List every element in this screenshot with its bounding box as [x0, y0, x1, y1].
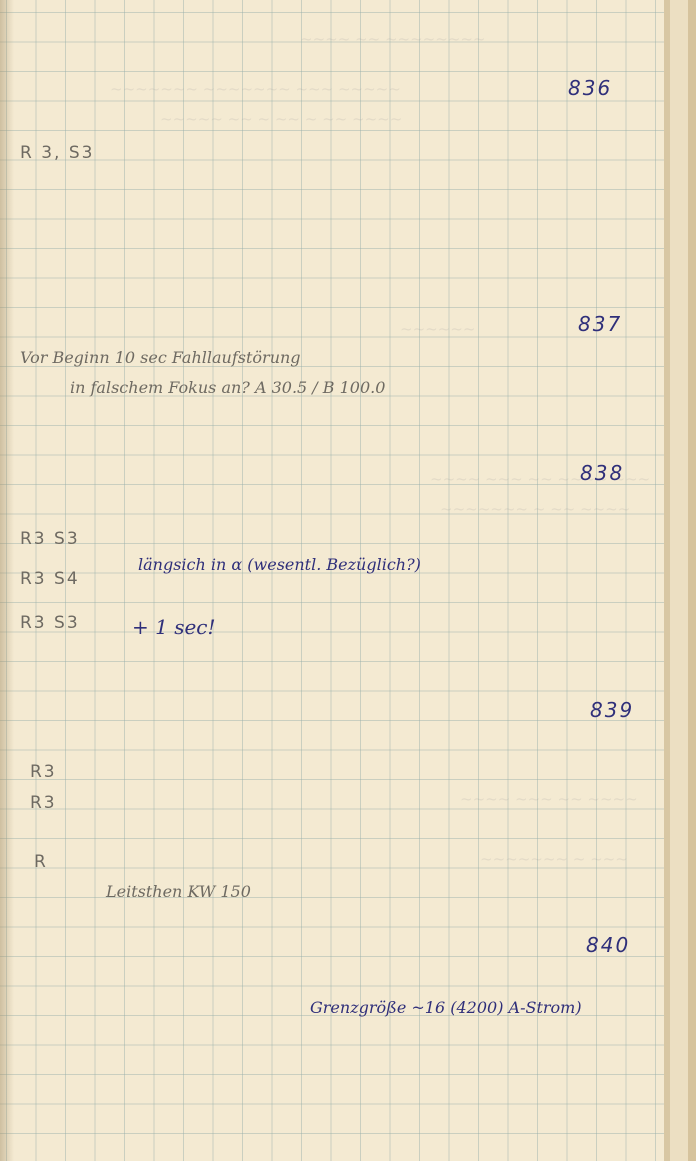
bleed-through-text: ~~~~ ~~~ ~~ ~~~~ — [460, 790, 638, 808]
entry-837-note-1: Vor Beginn 10 sec Fahllaufstörung — [20, 348, 301, 367]
entry-number-837: 837 — [578, 312, 622, 336]
entry-837-note-2: in falschem Fokus an? A 30.5 / B 100.0 — [70, 378, 385, 397]
page-edge — [688, 0, 696, 1161]
entry-number-839: 839 — [590, 698, 634, 722]
entry-838-note-2: + 1 sec! — [132, 615, 216, 639]
entry-number-838: 838 — [580, 461, 624, 485]
entry-838-label-2: R3 S4 — [20, 569, 80, 589]
notebook-page: ~~~~ ~~ ~~~~~~~~ ~~~~~~~ ~~~~~~~ ~~~ ~~~… — [0, 0, 664, 1161]
bleed-through-text: ~~~~~~~ ~ ~~~ — [480, 850, 628, 868]
bleed-through-text: ~~~~~~~ ~ ~~ ~~~~ — [440, 500, 630, 518]
entry-838-label-3: R3 S3 — [20, 613, 80, 633]
entry-839-label-1: R3 — [30, 762, 57, 782]
bleed-through-text: ~~~~~~ — [400, 320, 475, 338]
entry-839-note-1: Leitsthen KW 150 — [106, 882, 251, 901]
bleed-through-text: ~~~~~~~ ~~~~~~~ ~~~ ~~~~~ — [110, 80, 401, 98]
entry-number-840: 840 — [586, 933, 630, 957]
entry-number-836: 836 — [568, 76, 612, 100]
entry-839-label-2: R3 — [30, 793, 57, 813]
entry-840-note-1: Grenzgröße ~16 (4200) A-Strom) — [310, 998, 582, 1017]
entry-838-note-1: längsich in α (wesentl. Bezüglich?) — [138, 555, 421, 574]
entry-836-label: R 3, S3 — [20, 143, 94, 163]
entry-838-label-1: R3 S3 — [20, 529, 80, 549]
page-edge — [670, 0, 688, 1161]
bleed-through-text: ~~~~ ~~ ~~~~~~~~ — [300, 30, 486, 48]
entry-839-label-3: R — [34, 852, 48, 872]
bleed-through-text: ~~~~~ ~~ ~ ~~ ~ ~~ ~~~~ — [160, 110, 402, 128]
